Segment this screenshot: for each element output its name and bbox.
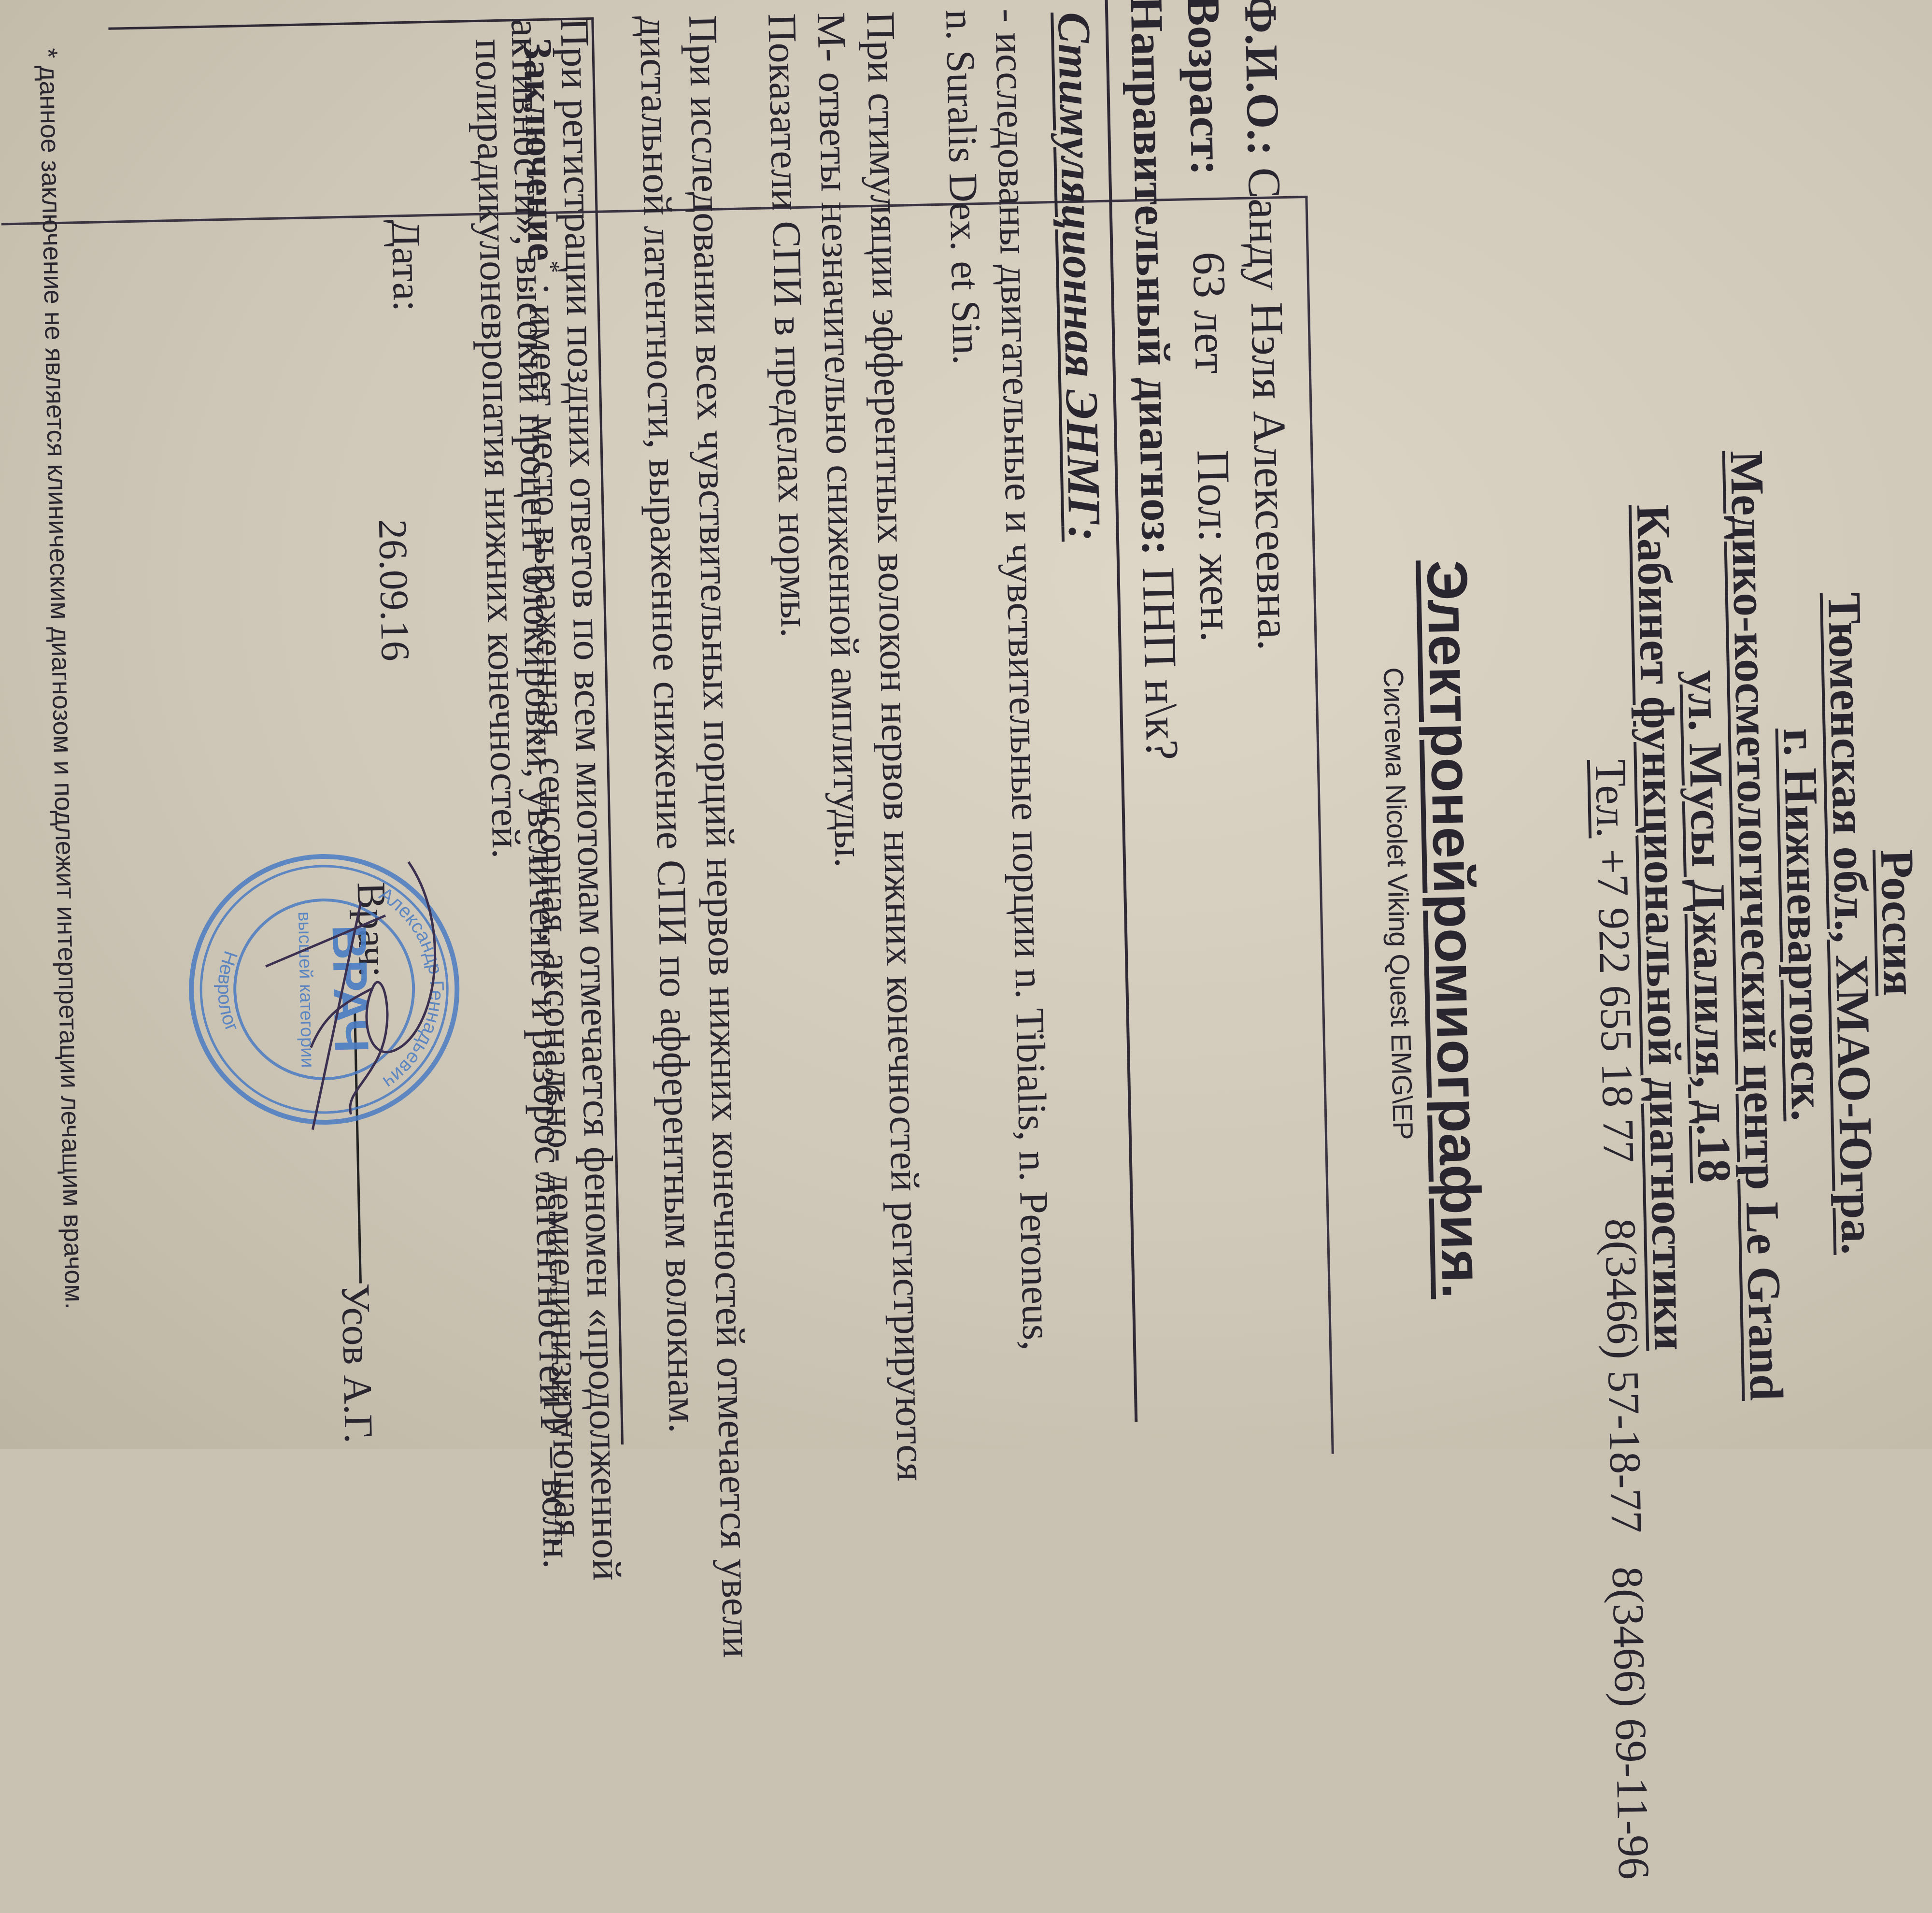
asterisk-mark: *: [537, 260, 565, 273]
doctor-name: Усов А.Г.: [332, 1283, 382, 1444]
patient-name-label: Ф.И.О.:: [1235, 0, 1290, 157]
patient-name: Санду Нэля Алексеевна.: [1238, 167, 1300, 651]
document-page: Россия Тюменская обл., ХМАО-Югра. г. Ниж…: [0, 0, 1932, 1449]
document-title: Электронейромиография.: [1414, 559, 1495, 1299]
diagnosis-label: Направительный диагноз:: [1121, 0, 1184, 556]
doctor-stamp-icon: Александр Геннадьевич Невролог ВРАЧ высш…: [176, 842, 472, 1137]
date-value: 26.09.16: [369, 519, 419, 662]
stamp-inner-text: высшей категории: [294, 912, 318, 1068]
date-label: Дата:: [382, 219, 431, 312]
stamp-bottom-text: Невролог: [213, 948, 243, 1035]
patient-sex-label: Пол:: [1187, 449, 1241, 542]
patient-age-label: Возраст:: [1178, 0, 1233, 176]
phone-label: Тел.: [1586, 759, 1637, 839]
section-title: Стимуляционная ЭНМГ:: [1047, 12, 1112, 542]
diagnosis-value: ПНП н\к?: [1133, 567, 1188, 760]
patient-info: Ф.И.О.: Санду Нэля Алексеевна. Возраст: …: [1118, 0, 1305, 761]
clinic-header: Россия Тюменская обл., ХМАО-Югра. г. Ниж…: [1571, 0, 1932, 1436]
patient-age: 63 лет: [1183, 251, 1237, 374]
system-subtitle: Система Nicolet Viking Quest EMG\EP: [1377, 667, 1419, 1140]
svg-text:Невролог: Невролог: [213, 948, 243, 1035]
patient-sex: жен.: [1190, 553, 1243, 642]
conclusion-label: Заключение: [515, 37, 565, 261]
